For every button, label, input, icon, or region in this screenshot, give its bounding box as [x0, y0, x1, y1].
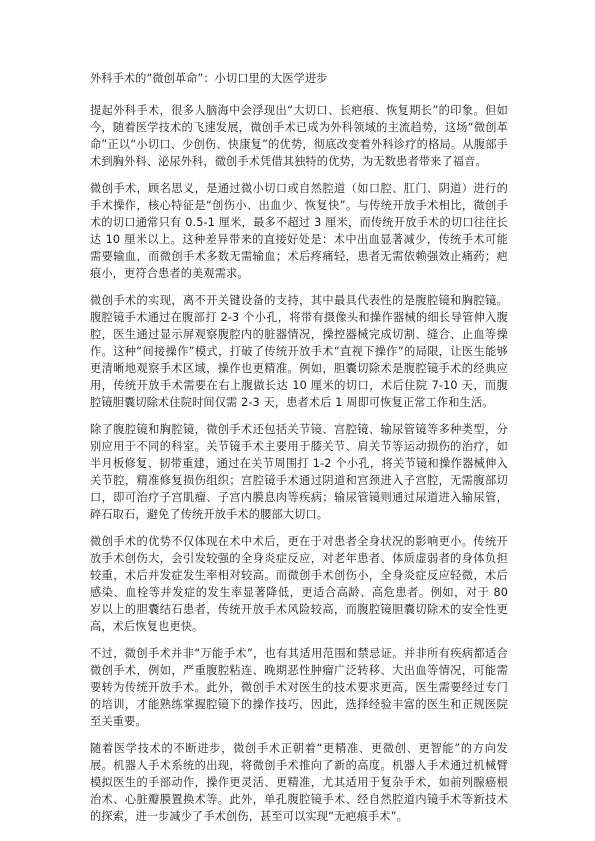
paragraph-types: 除了腹腔镜和胸腔镜，微创手术还包括关节镜、宫腔镜、输尿管镜等多种类型，分别应用于… — [90, 421, 508, 523]
paragraph-advantages: 微创手术的优势不仅体现在术中术后，更在于对患者全身状况的影响更小。传统开放手术创… — [90, 533, 508, 635]
paragraph-definition: 微创手术，顾名思义，是通过微小切口或自然腔道（如口腔、肛门、阴道）进行的手术操作… — [90, 180, 508, 282]
paragraph-equipment: 微创手术的实现，离不开关键设备的支持，其中最具代表性的是腹腔镜和胸腔镜。腹腔镜手… — [90, 292, 508, 411]
document-page: 外科手术的“微创革命”：小切口里的大医学进步 提起外科手术，很多人脑海中会浮现出… — [90, 70, 508, 835]
document-title: 外科手术的“微创革命”：小切口里的大医学进步 — [90, 70, 508, 87]
paragraph-intro: 提起外科手术，很多人脑海中会浮现出“大切口、长疤痕、恢复期长”的印象。但如今，随… — [90, 102, 508, 170]
paragraph-limitations: 不过，微创手术并非“万能手术”，也有其适用范围和禁忌证。并非所有疾病都适合微创手… — [90, 645, 508, 730]
paragraph-future: 随着医学技术的不断进步，微创手术正朝着“更精准、更微创、更智能”的方向发展。机器… — [90, 740, 508, 825]
